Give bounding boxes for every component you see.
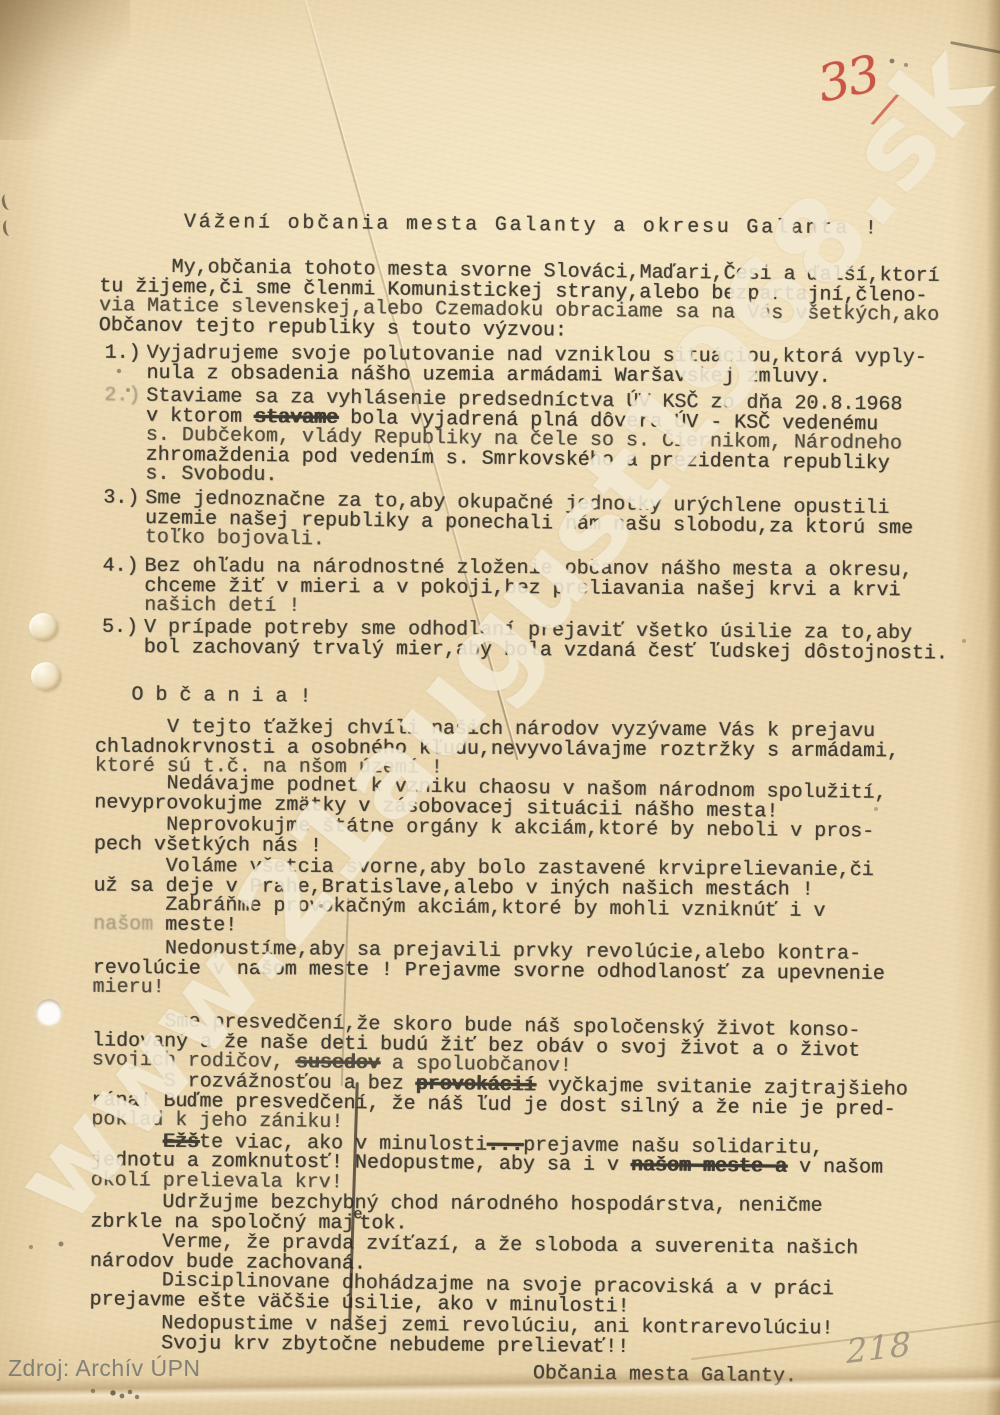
text-line: V tejto ťažkej chvíli našich národov vyz… xyxy=(95,717,945,741)
left-edge-mark xyxy=(2,219,15,236)
text-line: Udržujme bezchybný chod národného hospod… xyxy=(90,1193,940,1217)
struck-text: ... xyxy=(487,1133,523,1156)
faded-text: našom xyxy=(93,912,153,936)
dark-corner-shadow xyxy=(0,0,130,140)
scanned-document-page: Vážení občania mesta Galanty a okresu Ga… xyxy=(0,0,1000,1415)
top-right-crease xyxy=(950,41,1000,54)
left-edge-mark xyxy=(0,193,15,211)
source-credit: Zdroj: Archív ÚPN xyxy=(8,1355,201,1382)
numbered-block: 1.)Vyjadrujeme svoje polutovanie nad vzn… xyxy=(98,343,948,387)
closing-block: Občania mesta Galanty. xyxy=(89,1359,939,1388)
para-block: Nedopustime v našej zemi revolúciu, ani … xyxy=(89,1314,939,1360)
para-block: V tejto ťažkej chvíli našich národov vyz… xyxy=(95,717,945,780)
numbered-block: 2.)Staviame sa za vyhlásenie predsedníct… xyxy=(97,386,948,493)
paper-specks xyxy=(0,0,2,2)
struck-text: provokácií xyxy=(416,1073,536,1097)
text-line: Vyjadrujeme svoje polutovanie nad vznikl… xyxy=(147,343,949,367)
list-number: 1.) xyxy=(105,343,141,363)
embossed-circle xyxy=(29,613,58,641)
para-block: Ežšte viac, ako v minulosti...prejavme n… xyxy=(91,1131,942,1198)
embossed-circle xyxy=(31,662,61,691)
list-number: 5.) xyxy=(102,618,138,638)
inserted-char: e xyxy=(353,1205,362,1225)
list-number: 2.) xyxy=(104,386,140,406)
pencil-archive-number: 218 xyxy=(846,1324,912,1371)
list-number: 4.) xyxy=(102,556,138,576)
text-line: Občania mesta Galanty. xyxy=(89,1359,939,1388)
list-number: 3.) xyxy=(103,488,139,508)
document-text: Vážení občania mesta Galanty a okresu Ga… xyxy=(89,212,950,1388)
right-edge-shadow xyxy=(986,0,1000,1415)
punch-hole xyxy=(36,999,62,1025)
